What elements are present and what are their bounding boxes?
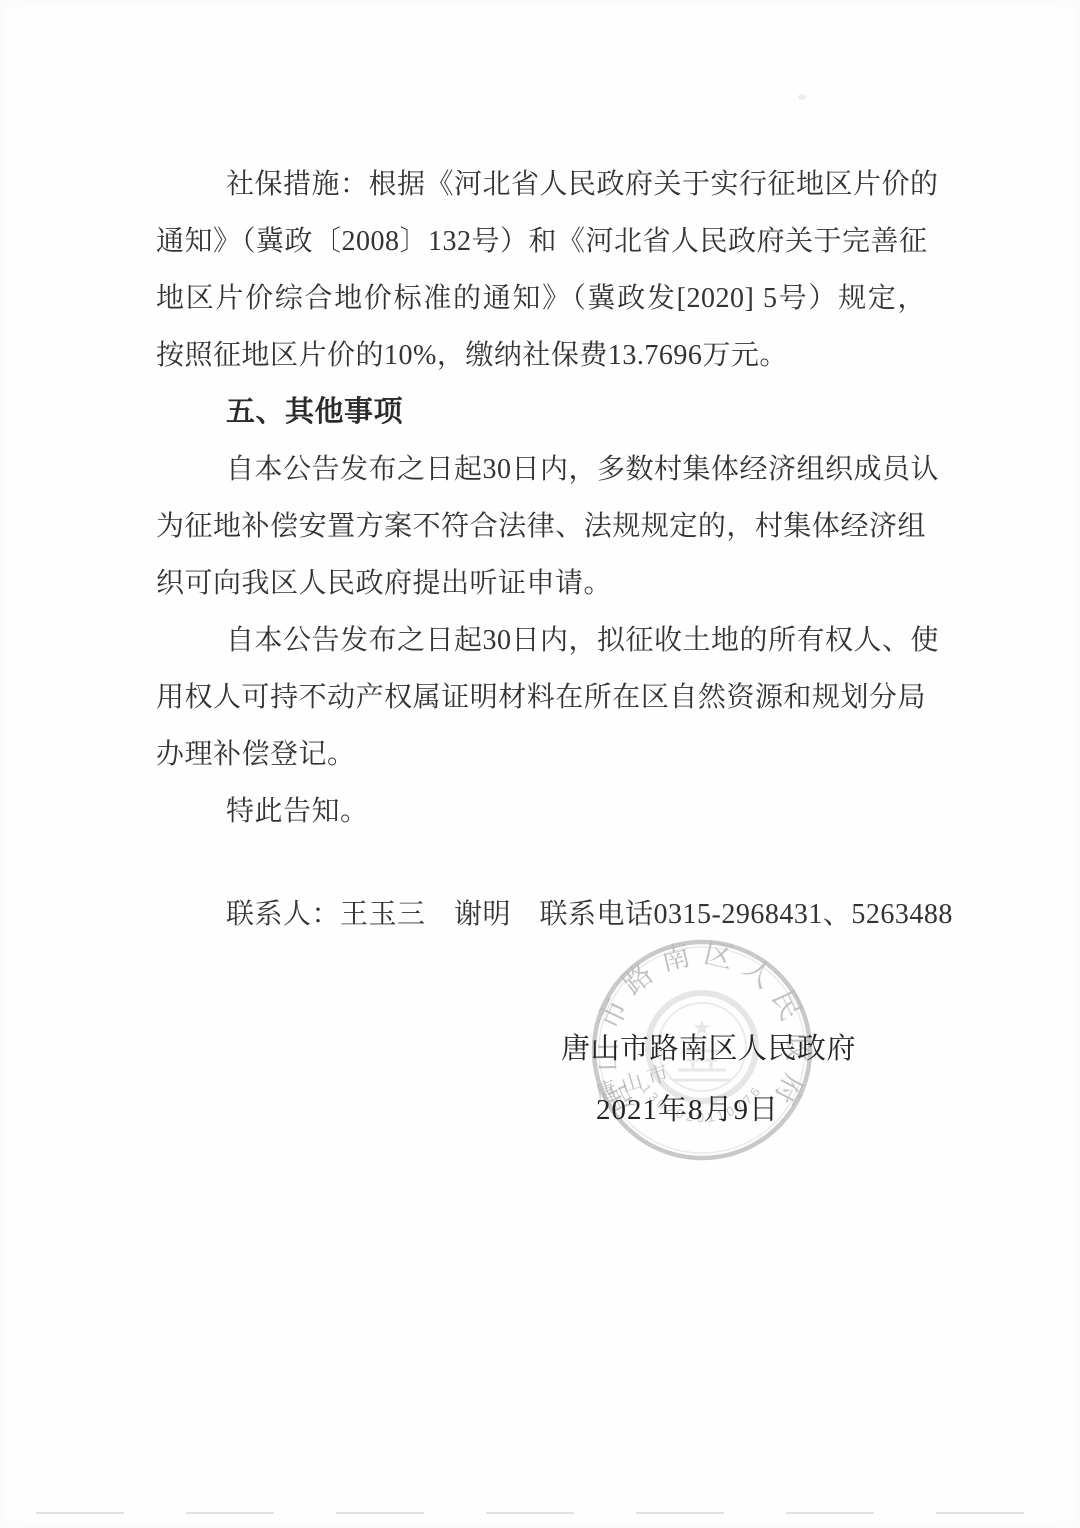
paragraph-social-security-line: 社保措施：根据《河北省人民政府关于实行征地区片价的 [156, 156, 926, 213]
paragraph-social-security-line: 通知》（冀政〔2008〕132号）和《河北省人民政府关于完善征 [156, 213, 926, 270]
scan-speck [798, 94, 806, 100]
section-heading-other-matters: 五、其他事项 [156, 384, 926, 441]
notice-body: 社保措施：根据《河北省人民政府关于实行征地区片价的 通知》（冀政〔2008〕13… [156, 156, 926, 943]
issuer-name: 唐山市路南区人民政府 [561, 1026, 856, 1067]
paragraph-registration-line: 用权人可持不动产权属证明材料在所在区自然资源和规划分局 [156, 669, 926, 726]
closing-statement: 特此告知。 [156, 783, 926, 840]
issue-date: 2021年8月9日 [596, 1087, 779, 1128]
paragraph-hearing-line: 为征地补偿安置方案不符合法律、法规规定的，村集体经济组 [156, 498, 926, 555]
scan-artifact-line [36, 1512, 1044, 1514]
paragraph-registration-line: 自本公告发布之日起30日内，拟征收土地的所有权人、使 [156, 612, 926, 669]
paragraph-registration-line: 办理补偿登记。 [156, 726, 926, 783]
scanned-notice-page: 社保措施：根据《河北省人民政府关于实行征地区片价的 通知》（冀政〔2008〕13… [0, 0, 1080, 1528]
paragraph-social-security-line: 地区片价综合地价标准的通知》（冀政发[2020] 5号）规定， [156, 270, 926, 327]
paragraph-social-security-line: 按照征地区片价的10%，缴纳社保费13.7696万元。 [156, 327, 926, 384]
paragraph-hearing-line: 自本公告发布之日起30日内，多数村集体经济组织成员认 [156, 441, 926, 498]
paragraph-hearing-line: 织可向我区人民政府提出听证申请。 [156, 555, 926, 612]
